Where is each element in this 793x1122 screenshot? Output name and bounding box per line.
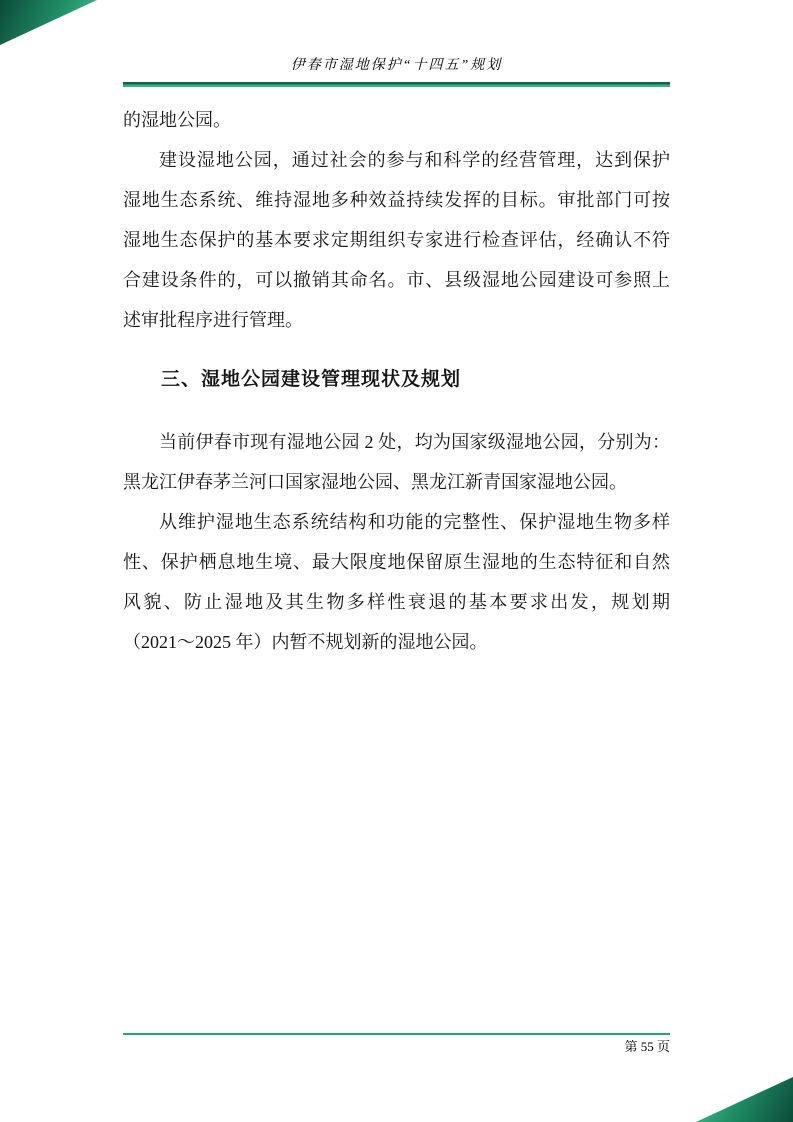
paragraph: 的湿地公园。 <box>123 100 670 140</box>
text-line: （2021～2025 年）内暂不规划新的湿地公园。 <box>123 622 670 662</box>
document-page: 伊春市湿地保护“十四五”规划 的湿地公园。建设湿地公园，通过社会的参与和科学的经… <box>0 0 793 1122</box>
text-line: 述审批程序进行管理。 <box>123 300 670 340</box>
footer-rule <box>123 1033 670 1035</box>
paragraph: 建设湿地公园，通过社会的参与和科学的经营管理，达到保护湿地生态系统、维持湿地多种… <box>123 140 670 340</box>
text-line: 的湿地公园。 <box>123 100 670 140</box>
text-line: 合建设条件的，可以撤销其命名。市、县级湿地公园建设可参照上 <box>123 260 670 300</box>
page-header: 伊春市湿地保护“十四五”规划 <box>0 0 793 87</box>
text-line: 湿地生态系统、维持湿地多种效益持续发挥的目标。审批部门可按 <box>123 180 670 220</box>
paragraph: 当前伊春市现有湿地公园 2 处，均为国家级湿地公园，分别为：黑龙江伊春茅兰河口国… <box>123 422 670 502</box>
text-line: 三、湿地公园建设管理现状及规划 <box>123 363 670 397</box>
text-line: 当前伊春市现有湿地公园 2 处，均为国家级湿地公园，分别为： <box>123 422 670 462</box>
corner-decoration-bottom-right <box>696 1077 793 1122</box>
text-line: 湿地生态保护的基本要求定期组织专家进行检查评估，经确认不符 <box>123 220 670 260</box>
page-footer: 第 55 页 <box>123 1033 670 1056</box>
header-title: 伊春市湿地保护“十四五”规划 <box>123 56 670 76</box>
text-line: 风貌、防止湿地及其生物多样性衰退的基本要求出发，规划期 <box>123 582 670 622</box>
paragraph: 从维护湿地生态系统结构和功能的完整性、保护湿地生物多样性、保护栖息地生境、最大限… <box>123 502 670 662</box>
page-number: 第 55 页 <box>123 1038 670 1056</box>
text-line: 性、保护栖息地生境、最大限度地保留原生湿地的生态特征和自然 <box>123 542 670 582</box>
text-line: 从维护湿地生态系统结构和功能的完整性、保护湿地生物多样 <box>123 502 670 542</box>
text-line: 建设湿地公园，通过社会的参与和科学的经营管理，达到保护 <box>123 140 670 180</box>
document-body: 的湿地公园。建设湿地公园，通过社会的参与和科学的经营管理，达到保护湿地生态系统、… <box>0 87 793 662</box>
section-heading: 三、湿地公园建设管理现状及规划 <box>123 363 670 397</box>
text-line: 黑龙江伊春茅兰河口国家湿地公园、黑龙江新青国家湿地公园。 <box>123 462 670 502</box>
